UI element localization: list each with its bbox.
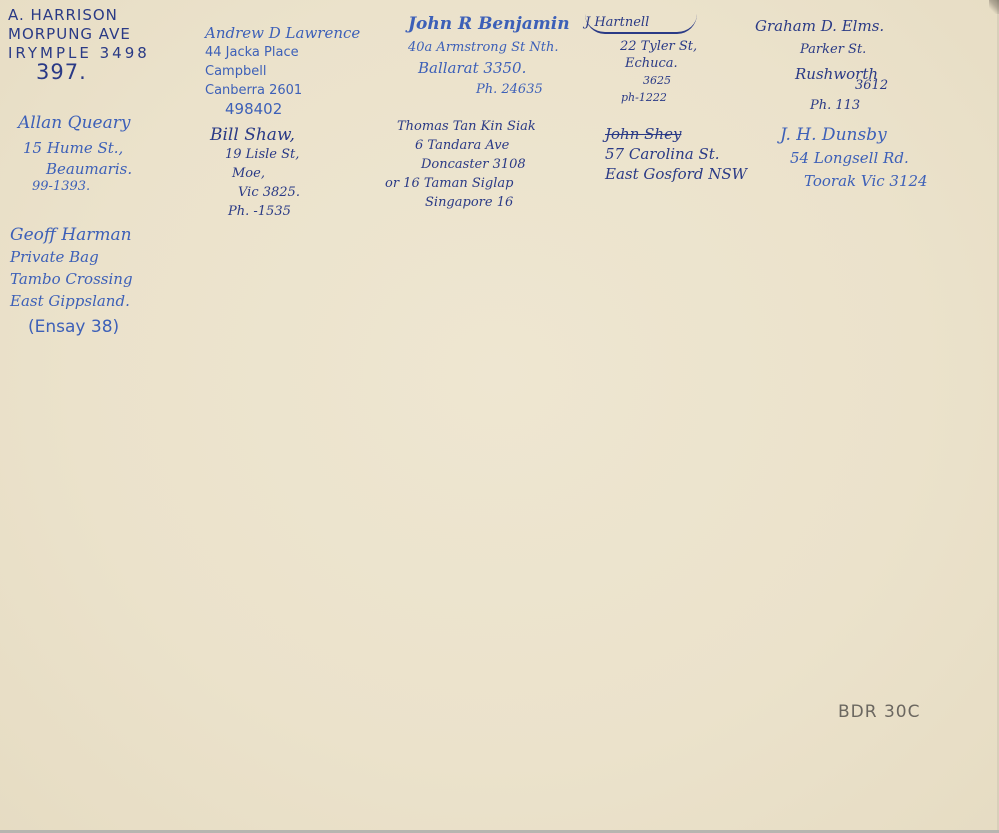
- entry-address-line: Moe,: [232, 164, 300, 183]
- entry-postcode: 3625: [643, 72, 697, 89]
- entry-address-line: Campbell: [205, 62, 360, 81]
- entry-name: Bill Shaw,: [210, 126, 300, 145]
- entry-name: A. HARRISON: [8, 6, 150, 25]
- entry-harrison: A. HARRISON MORPUNG AVE IRYMPLE 3498 397…: [8, 6, 150, 82]
- entry-address-line: 44 Jacka Place: [205, 43, 360, 62]
- entry-address-line: Beaumaris.: [46, 161, 132, 178]
- entry-address-line: Ballarat 3350.: [418, 58, 570, 79]
- entry-name: Allan Queary: [18, 114, 132, 134]
- torn-corner: [989, 0, 999, 14]
- entry-phone: Ph. -1535: [228, 202, 300, 221]
- entry-name: John R Benjamin: [408, 14, 570, 35]
- entry-phone: 498402: [225, 100, 360, 119]
- entry-name: J Hartnell: [585, 14, 697, 34]
- entry-address-line: Canberra 2601: [205, 81, 360, 100]
- entry-name: Thomas Tan Kin Siak: [397, 117, 536, 136]
- entry-benjamin: John R Benjamin 40a Armstrong St Nth. Ba…: [408, 14, 570, 100]
- entry-address-line: 15 Hume St.,: [23, 140, 132, 157]
- entry-address-line: 54 Longsell Rd.: [790, 147, 928, 170]
- entry-address-line: Parker St.: [800, 38, 888, 62]
- entry-name: Graham D. Elms.: [755, 14, 888, 38]
- entry-address-line: East Gosford NSW: [605, 164, 747, 184]
- entry-address-line: or 16 Taman Siglap: [385, 174, 536, 193]
- entry-lawrence: Andrew D Lawrence 44 Jacka Place Campbel…: [205, 24, 360, 119]
- entry-queary: Allan Queary 15 Hume St., Beaumaris. 99-…: [18, 114, 132, 195]
- entry-address-line: East Gippsland.: [10, 290, 133, 312]
- entry-phone: 99-1393.: [32, 180, 132, 195]
- entry-address-line: Singapore 16: [425, 193, 536, 212]
- entry-address-line: Doncaster 3108: [421, 155, 536, 174]
- entry-address-line: Vic 3825.: [238, 183, 300, 202]
- entry-address-line: 6 Tandara Ave: [415, 136, 536, 155]
- entry-note: (Ensay 38): [28, 316, 133, 338]
- catalog-mark: BDR 30C: [838, 703, 920, 723]
- entry-address-line: Toorak Vic 3124: [804, 170, 928, 193]
- entry-address-line: 19 Lisle St,: [225, 145, 300, 164]
- entry-name: Geoff Harman: [10, 224, 133, 246]
- entry-tan: Thomas Tan Kin Siak 6 Tandara Ave Doncas…: [385, 117, 536, 212]
- entry-shaw: Bill Shaw, 19 Lisle St, Moe, Vic 3825. P…: [210, 126, 300, 221]
- entry-address-line: 40a Armstrong St Nth.: [408, 37, 570, 58]
- entry-address-line: 22 Tyler St,: [620, 38, 697, 55]
- entry-phone: ph-1222: [621, 89, 697, 106]
- entry-address-line: 57 Carolina St.: [605, 144, 747, 164]
- entry-address-line: MORPUNG AVE: [8, 25, 150, 44]
- entry-name: J. H. Dunsby: [780, 124, 928, 147]
- entry-address-line: Tambo Crossing: [10, 268, 133, 290]
- entry-hartnell: J Hartnell 22 Tyler St, Echuca. 3625 ph-…: [585, 14, 697, 106]
- entry-phone: 397.: [36, 63, 150, 82]
- address-card: A. HARRISON MORPUNG AVE IRYMPLE 3498 397…: [0, 0, 999, 833]
- entry-name: John Shey: [605, 124, 747, 144]
- entry-harman: Geoff Harman Private Bag Tambo Crossing …: [10, 224, 133, 338]
- entry-name: Andrew D Lawrence: [205, 24, 360, 43]
- entry-phone: Ph. 24635: [476, 79, 570, 100]
- entry-dunsby: J. H. Dunsby 54 Longsell Rd. Toorak Vic …: [780, 124, 928, 193]
- entry-address-line: Echuca.: [625, 55, 697, 72]
- entry-address-line: Private Bag: [10, 246, 133, 268]
- entry-elms: Graham D. Elms. Parker St. Rushworth 361…: [755, 14, 888, 118]
- entry-shey: John Shey 57 Carolina St. East Gosford N…: [605, 124, 747, 184]
